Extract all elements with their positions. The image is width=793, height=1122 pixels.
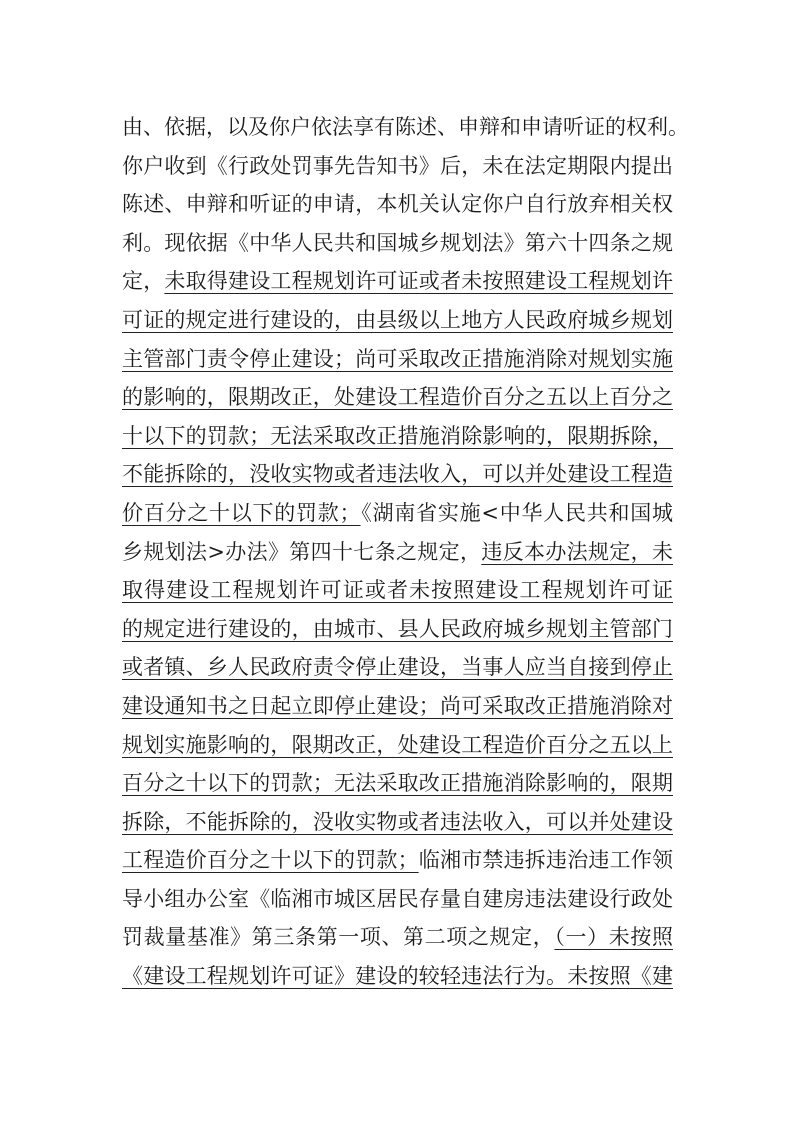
body-text: 《湖南省实施<中华人民共和国城 (361, 501, 673, 525)
underlined-text: 的影响的，限期改正，处建设工程造价百分之五以上百分之 (122, 385, 673, 409)
underlined-text: 可证的规定进行建设的，由县级以上地方人民政府城乡规划 (122, 308, 673, 332)
body-text: 罚裁量基准》第三条第一项、第二项之规定， (122, 925, 554, 949)
underlined-text: （一）未按照 (554, 925, 673, 949)
underlined-text: 规划实施影响的，限期改正，处建设工程造价百分之五以上 (122, 733, 673, 757)
text-line: 可证的规定进行建设的，由县级以上地方人民政府城乡规划 (122, 301, 673, 340)
underlined-text: 取得建设工程规划许可证或者未按照建设工程规划许可证 (122, 578, 673, 602)
underlined-text: 百分之十以下的罚款；无法采取改正措施消除影响的，限期 (122, 771, 673, 795)
body-text: 利。现依据《中华人民共和国城乡规划法》第六十四条之规 (122, 231, 673, 255)
text-line: 十以下的罚款；无法采取改正措施消除影响的，限期拆除， (122, 417, 673, 456)
text-line: 或者镇、乡人民政府责令停止建设，当事人应当自接到停止 (122, 648, 673, 687)
text-line: 陈述、申辩和听证的申请，本机关认定你户自行放弃相关权 (122, 185, 673, 224)
underlined-text: 未取得建设工程规划许可证或者未按照建设工程规划许 (164, 269, 673, 293)
text-line: 《建设工程规划许可证》建设的较轻违法行为。未按照《建 (122, 957, 673, 996)
body-text: 乡规划法>办法》第四十七条之规定， (122, 540, 481, 564)
underlined-text: 的规定进行建设的，由城市、县人民政府城乡规划主管部门 (122, 617, 673, 641)
underlined-text: 违反本办法规定，未 (481, 540, 673, 564)
text-line: 取得建设工程规划许可证或者未按照建设工程规划许可证 (122, 571, 673, 610)
document-page: 由、依据，以及你户依法享有陈述、申辩和申请听证的权利。你户收到《行政处罚事先告知… (122, 108, 673, 996)
text-line: 的影响的，限期改正，处建设工程造价百分之五以上百分之 (122, 378, 673, 417)
text-line: 你户收到《行政处罚事先告知书》后，未在法定期限内提出 (122, 147, 673, 186)
body-text: 你户收到《行政处罚事先告知书》后，未在法定期限内提出 (122, 154, 673, 178)
underlined-text: 《建设工程规划许可证》建设的较轻违法行为。未按照《建 (122, 964, 673, 988)
underlined-text: 建设通知书之日起立即停止建设；尚可采取改正措施消除对 (122, 694, 673, 718)
text-line: 规划实施影响的，限期改正，处建设工程造价百分之五以上 (122, 726, 673, 765)
underlined-text: 不能拆除的，没收实物或者违法收入，可以并处建设工程造 (122, 462, 673, 486)
underlined-text: 价百分之十以下的罚款； (122, 501, 361, 525)
body-text: 导小组办公室《临湘市城区居民存量自建房违法建设行政处 (122, 887, 673, 911)
text-line: 导小组办公室《临湘市城区居民存量自建房违法建设行政处 (122, 880, 673, 919)
body-text: 陈述、申辩和听证的申请，本机关认定你户自行放弃相关权 (122, 192, 673, 216)
body-text: 定， (122, 269, 164, 293)
text-line: 主管部门责令停止建设；尚可采取改正措施消除对规划实施 (122, 340, 673, 379)
text-line: 由、依据，以及你户依法享有陈述、申辩和申请听证的权利。 (122, 108, 673, 147)
body-text: 临湘市禁违拆违治违工作领 (419, 848, 673, 872)
underlined-text: 或者镇、乡人民政府责令停止建设，当事人应当自接到停止 (122, 655, 673, 679)
text-line: 工程造价百分之十以下的罚款；临湘市禁违拆违治违工作领 (122, 841, 673, 880)
text-line: 乡规划法>办法》第四十七条之规定，违反本办法规定，未 (122, 533, 673, 572)
text-line: 的规定进行建设的，由城市、县人民政府城乡规划主管部门 (122, 610, 673, 649)
text-line: 建设通知书之日起立即停止建设；尚可采取改正措施消除对 (122, 687, 673, 726)
text-line: 不能拆除的，没收实物或者违法收入，可以并处建设工程造 (122, 455, 673, 494)
underlined-text: 拆除，不能拆除的，没收实物或者违法收入，可以并处建设 (122, 810, 673, 834)
text-line: 利。现依据《中华人民共和国城乡规划法》第六十四条之规 (122, 224, 673, 263)
underlined-text: 主管部门责令停止建设；尚可采取改正措施消除对规划实施 (122, 347, 673, 371)
text-line: 罚裁量基准》第三条第一项、第二项之规定，（一）未按照 (122, 918, 673, 957)
underlined-text: 十以下的罚款；无法采取改正措施消除影响的，限期拆除， (122, 424, 673, 448)
text-line: 百分之十以下的罚款；无法采取改正措施消除影响的，限期 (122, 764, 673, 803)
body-text: 由、依据，以及你户依法享有陈述、申辩和申请听证的权利。 (122, 115, 689, 139)
text-line: 价百分之十以下的罚款；《湖南省实施<中华人民共和国城 (122, 494, 673, 533)
text-line: 拆除，不能拆除的，没收实物或者违法收入，可以并处建设 (122, 803, 673, 842)
text-line: 定，未取得建设工程规划许可证或者未按照建设工程规划许 (122, 262, 673, 301)
underlined-text: 工程造价百分之十以下的罚款； (122, 848, 419, 872)
